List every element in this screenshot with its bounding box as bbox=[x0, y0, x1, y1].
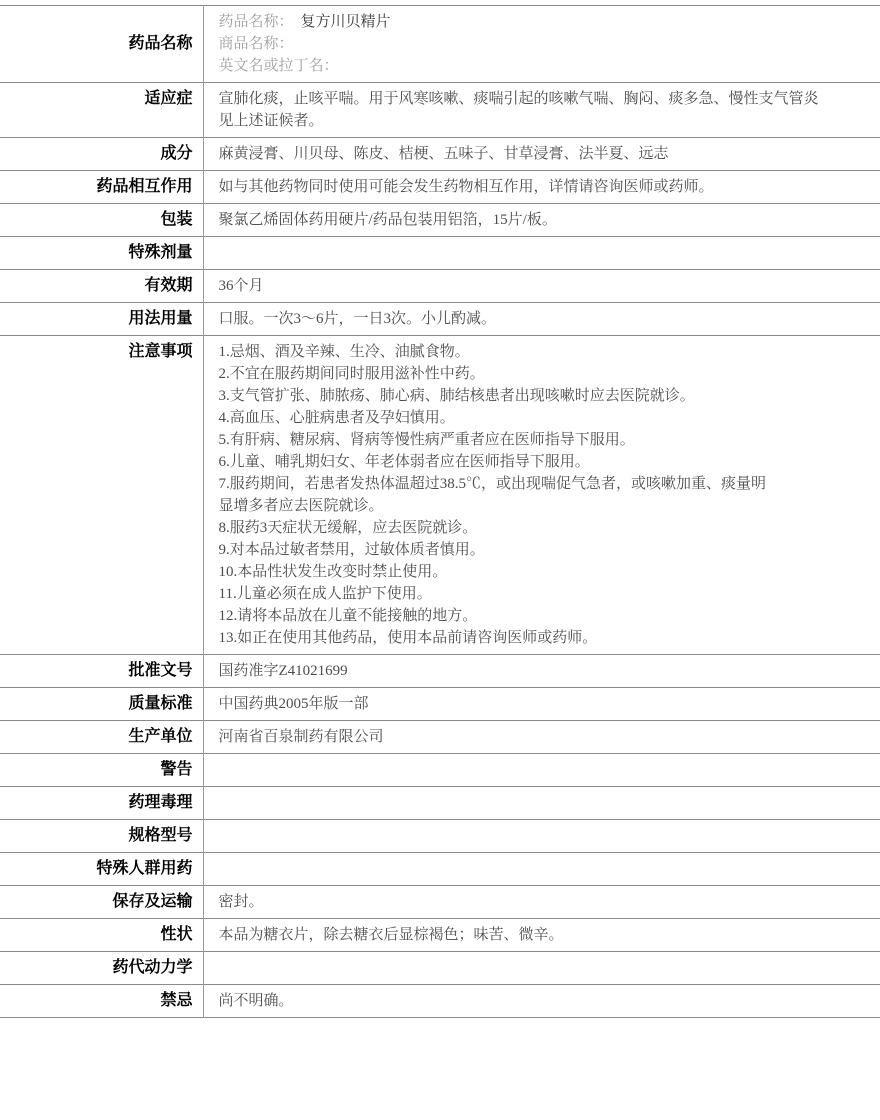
value-line: 13.如正在使用其他药品，使用本品前请咨询医师或药师。 bbox=[219, 627, 871, 649]
row-value: 宣肺化痰，止咳平喘。用于风寒咳嗽、痰喘引起的咳嗽气喘、胸闷、痰多急、慢性支气管炎… bbox=[203, 83, 880, 138]
table-row: 警告 bbox=[0, 754, 880, 787]
value-line: 4.高血压、心脏病患者及孕妇慎用。 bbox=[219, 407, 871, 429]
row-label: 警告 bbox=[0, 754, 203, 787]
value-line: 10.本品性状发生改变时禁止使用。 bbox=[219, 561, 871, 583]
row-value bbox=[203, 952, 880, 985]
value-line: 3.支气管扩张、肺脓疡、肺心病、肺结核患者出现咳嗽时应去医院就诊。 bbox=[219, 385, 871, 407]
row-value: 河南省百泉制药有限公司 bbox=[203, 721, 880, 754]
table-row: 成分麻黄浸膏、川贝母、陈皮、桔梗、五味子、甘草浸膏、法半夏、远志 bbox=[0, 138, 880, 171]
field-key: 药品名称： bbox=[219, 14, 294, 30]
table-row: 禁忌尚不明确。 bbox=[0, 985, 880, 1018]
row-value: 本品为糖衣片，除去糖衣后显棕褐色；味苦、微辛。 bbox=[203, 919, 880, 952]
row-value: 尚不明确。 bbox=[203, 985, 880, 1018]
table-row: 生产单位河南省百泉制药有限公司 bbox=[0, 721, 880, 754]
value-line: 宣肺化痰，止咳平喘。用于风寒咳嗽、痰喘引起的咳嗽气喘、胸闷、痰多急、慢性支气管炎 bbox=[219, 88, 871, 110]
row-label: 有效期 bbox=[0, 270, 203, 303]
row-label: 药代动力学 bbox=[0, 952, 203, 985]
value-line: 12.请将本品放在儿童不能接触的地方。 bbox=[219, 605, 871, 627]
name-field: 药品名称：复方川贝精片 bbox=[219, 11, 871, 33]
table-row: 特殊剂量 bbox=[0, 237, 880, 270]
value-line: 见上述证候者。 bbox=[219, 110, 871, 132]
value-line: 7.服药期间，若患者发热体温超过38.5℃，或出现喘促气急者，或咳嗽加重、痰量明 bbox=[219, 473, 871, 495]
row-value: 中国药典2005年版一部 bbox=[203, 688, 880, 721]
value-line: 显增多者应去医院就诊。 bbox=[219, 495, 871, 517]
row-label: 药品名称 bbox=[0, 6, 203, 83]
field-key: 英文名或拉丁名： bbox=[219, 58, 339, 74]
table-row: 用法用量口服。一次3～6片，一日3次。小儿酌减。 bbox=[0, 303, 880, 336]
table-row: 有效期36个月 bbox=[0, 270, 880, 303]
row-label: 药理毒理 bbox=[0, 787, 203, 820]
table-row: 药理毒理 bbox=[0, 787, 880, 820]
value-line: 11.儿童必须在成人监护下使用。 bbox=[219, 583, 871, 605]
row-value: 如与其他药物同时使用可能会发生药物相互作用，详情请咨询医师或药师。 bbox=[203, 171, 880, 204]
row-label: 禁忌 bbox=[0, 985, 203, 1018]
table-row: 特殊人群用药 bbox=[0, 853, 880, 886]
row-value: 药品名称：复方川贝精片商品名称：英文名或拉丁名： bbox=[203, 6, 880, 83]
row-label: 生产单位 bbox=[0, 721, 203, 754]
row-label: 成分 bbox=[0, 138, 203, 171]
table-row: 性状本品为糖衣片，除去糖衣后显棕褐色；味苦、微辛。 bbox=[0, 919, 880, 952]
drug-info-table-body: 药品名称药品名称：复方川贝精片商品名称：英文名或拉丁名：适应症宣肺化痰，止咳平喘… bbox=[0, 6, 880, 1018]
table-row: 规格型号 bbox=[0, 820, 880, 853]
value-line: 2.不宜在服药期间同时服用滋补性中药。 bbox=[219, 363, 871, 385]
drug-info-table: 药品名称药品名称：复方川贝精片商品名称：英文名或拉丁名：适应症宣肺化痰，止咳平喘… bbox=[0, 5, 880, 1018]
row-value bbox=[203, 787, 880, 820]
row-label: 适应症 bbox=[0, 83, 203, 138]
row-value: 麻黄浸膏、川贝母、陈皮、桔梗、五味子、甘草浸膏、法半夏、远志 bbox=[203, 138, 880, 171]
row-value: 国药准字Z41021699 bbox=[203, 655, 880, 688]
drug-info-sheet: 药品名称药品名称：复方川贝精片商品名称：英文名或拉丁名：适应症宣肺化痰，止咳平喘… bbox=[0, 0, 880, 1018]
name-field: 英文名或拉丁名： bbox=[219, 55, 871, 77]
table-row: 药品名称药品名称：复方川贝精片商品名称：英文名或拉丁名： bbox=[0, 6, 880, 83]
row-value: 36个月 bbox=[203, 270, 880, 303]
table-row: 批准文号国药准字Z41021699 bbox=[0, 655, 880, 688]
row-label: 质量标准 bbox=[0, 688, 203, 721]
field-key: 商品名称： bbox=[219, 36, 294, 52]
row-value bbox=[203, 754, 880, 787]
table-row: 包装聚氯乙烯固体药用硬片/药品包装用铝箔，15片/板。 bbox=[0, 204, 880, 237]
row-label: 规格型号 bbox=[0, 820, 203, 853]
field-value: 复方川贝精片 bbox=[301, 14, 391, 30]
row-label: 用法用量 bbox=[0, 303, 203, 336]
row-label: 保存及运输 bbox=[0, 886, 203, 919]
row-value bbox=[203, 853, 880, 886]
row-label: 注意事项 bbox=[0, 336, 203, 655]
row-label: 药品相互作用 bbox=[0, 171, 203, 204]
value-line: 5.有肝病、糖尿病、肾病等慢性病严重者应在医师指导下服用。 bbox=[219, 429, 871, 451]
value-line: 8.服药3天症状无缓解，应去医院就诊。 bbox=[219, 517, 871, 539]
row-value: 聚氯乙烯固体药用硬片/药品包装用铝箔，15片/板。 bbox=[203, 204, 880, 237]
value-line: 6.儿童、哺乳期妇女、年老体弱者应在医师指导下服用。 bbox=[219, 451, 871, 473]
row-value bbox=[203, 820, 880, 853]
row-value: 1.忌烟、酒及辛辣、生冷、油腻食物。2.不宜在服药期间同时服用滋补性中药。3.支… bbox=[203, 336, 880, 655]
value-line: 9.对本品过敏者禁用，过敏体质者慎用。 bbox=[219, 539, 871, 561]
table-row: 适应症宣肺化痰，止咳平喘。用于风寒咳嗽、痰喘引起的咳嗽气喘、胸闷、痰多急、慢性支… bbox=[0, 83, 880, 138]
row-value: 密封。 bbox=[203, 886, 880, 919]
row-value: 口服。一次3～6片，一日3次。小儿酌减。 bbox=[203, 303, 880, 336]
row-label: 包装 bbox=[0, 204, 203, 237]
table-row: 质量标准中国药典2005年版一部 bbox=[0, 688, 880, 721]
table-row: 注意事项1.忌烟、酒及辛辣、生冷、油腻食物。2.不宜在服药期间同时服用滋补性中药… bbox=[0, 336, 880, 655]
name-field: 商品名称： bbox=[219, 33, 871, 55]
row-label: 特殊人群用药 bbox=[0, 853, 203, 886]
row-label: 批准文号 bbox=[0, 655, 203, 688]
table-row: 药代动力学 bbox=[0, 952, 880, 985]
table-row: 药品相互作用如与其他药物同时使用可能会发生药物相互作用，详情请咨询医师或药师。 bbox=[0, 171, 880, 204]
row-label: 特殊剂量 bbox=[0, 237, 203, 270]
table-row: 保存及运输密封。 bbox=[0, 886, 880, 919]
row-label: 性状 bbox=[0, 919, 203, 952]
row-value bbox=[203, 237, 880, 270]
value-line: 1.忌烟、酒及辛辣、生冷、油腻食物。 bbox=[219, 341, 871, 363]
